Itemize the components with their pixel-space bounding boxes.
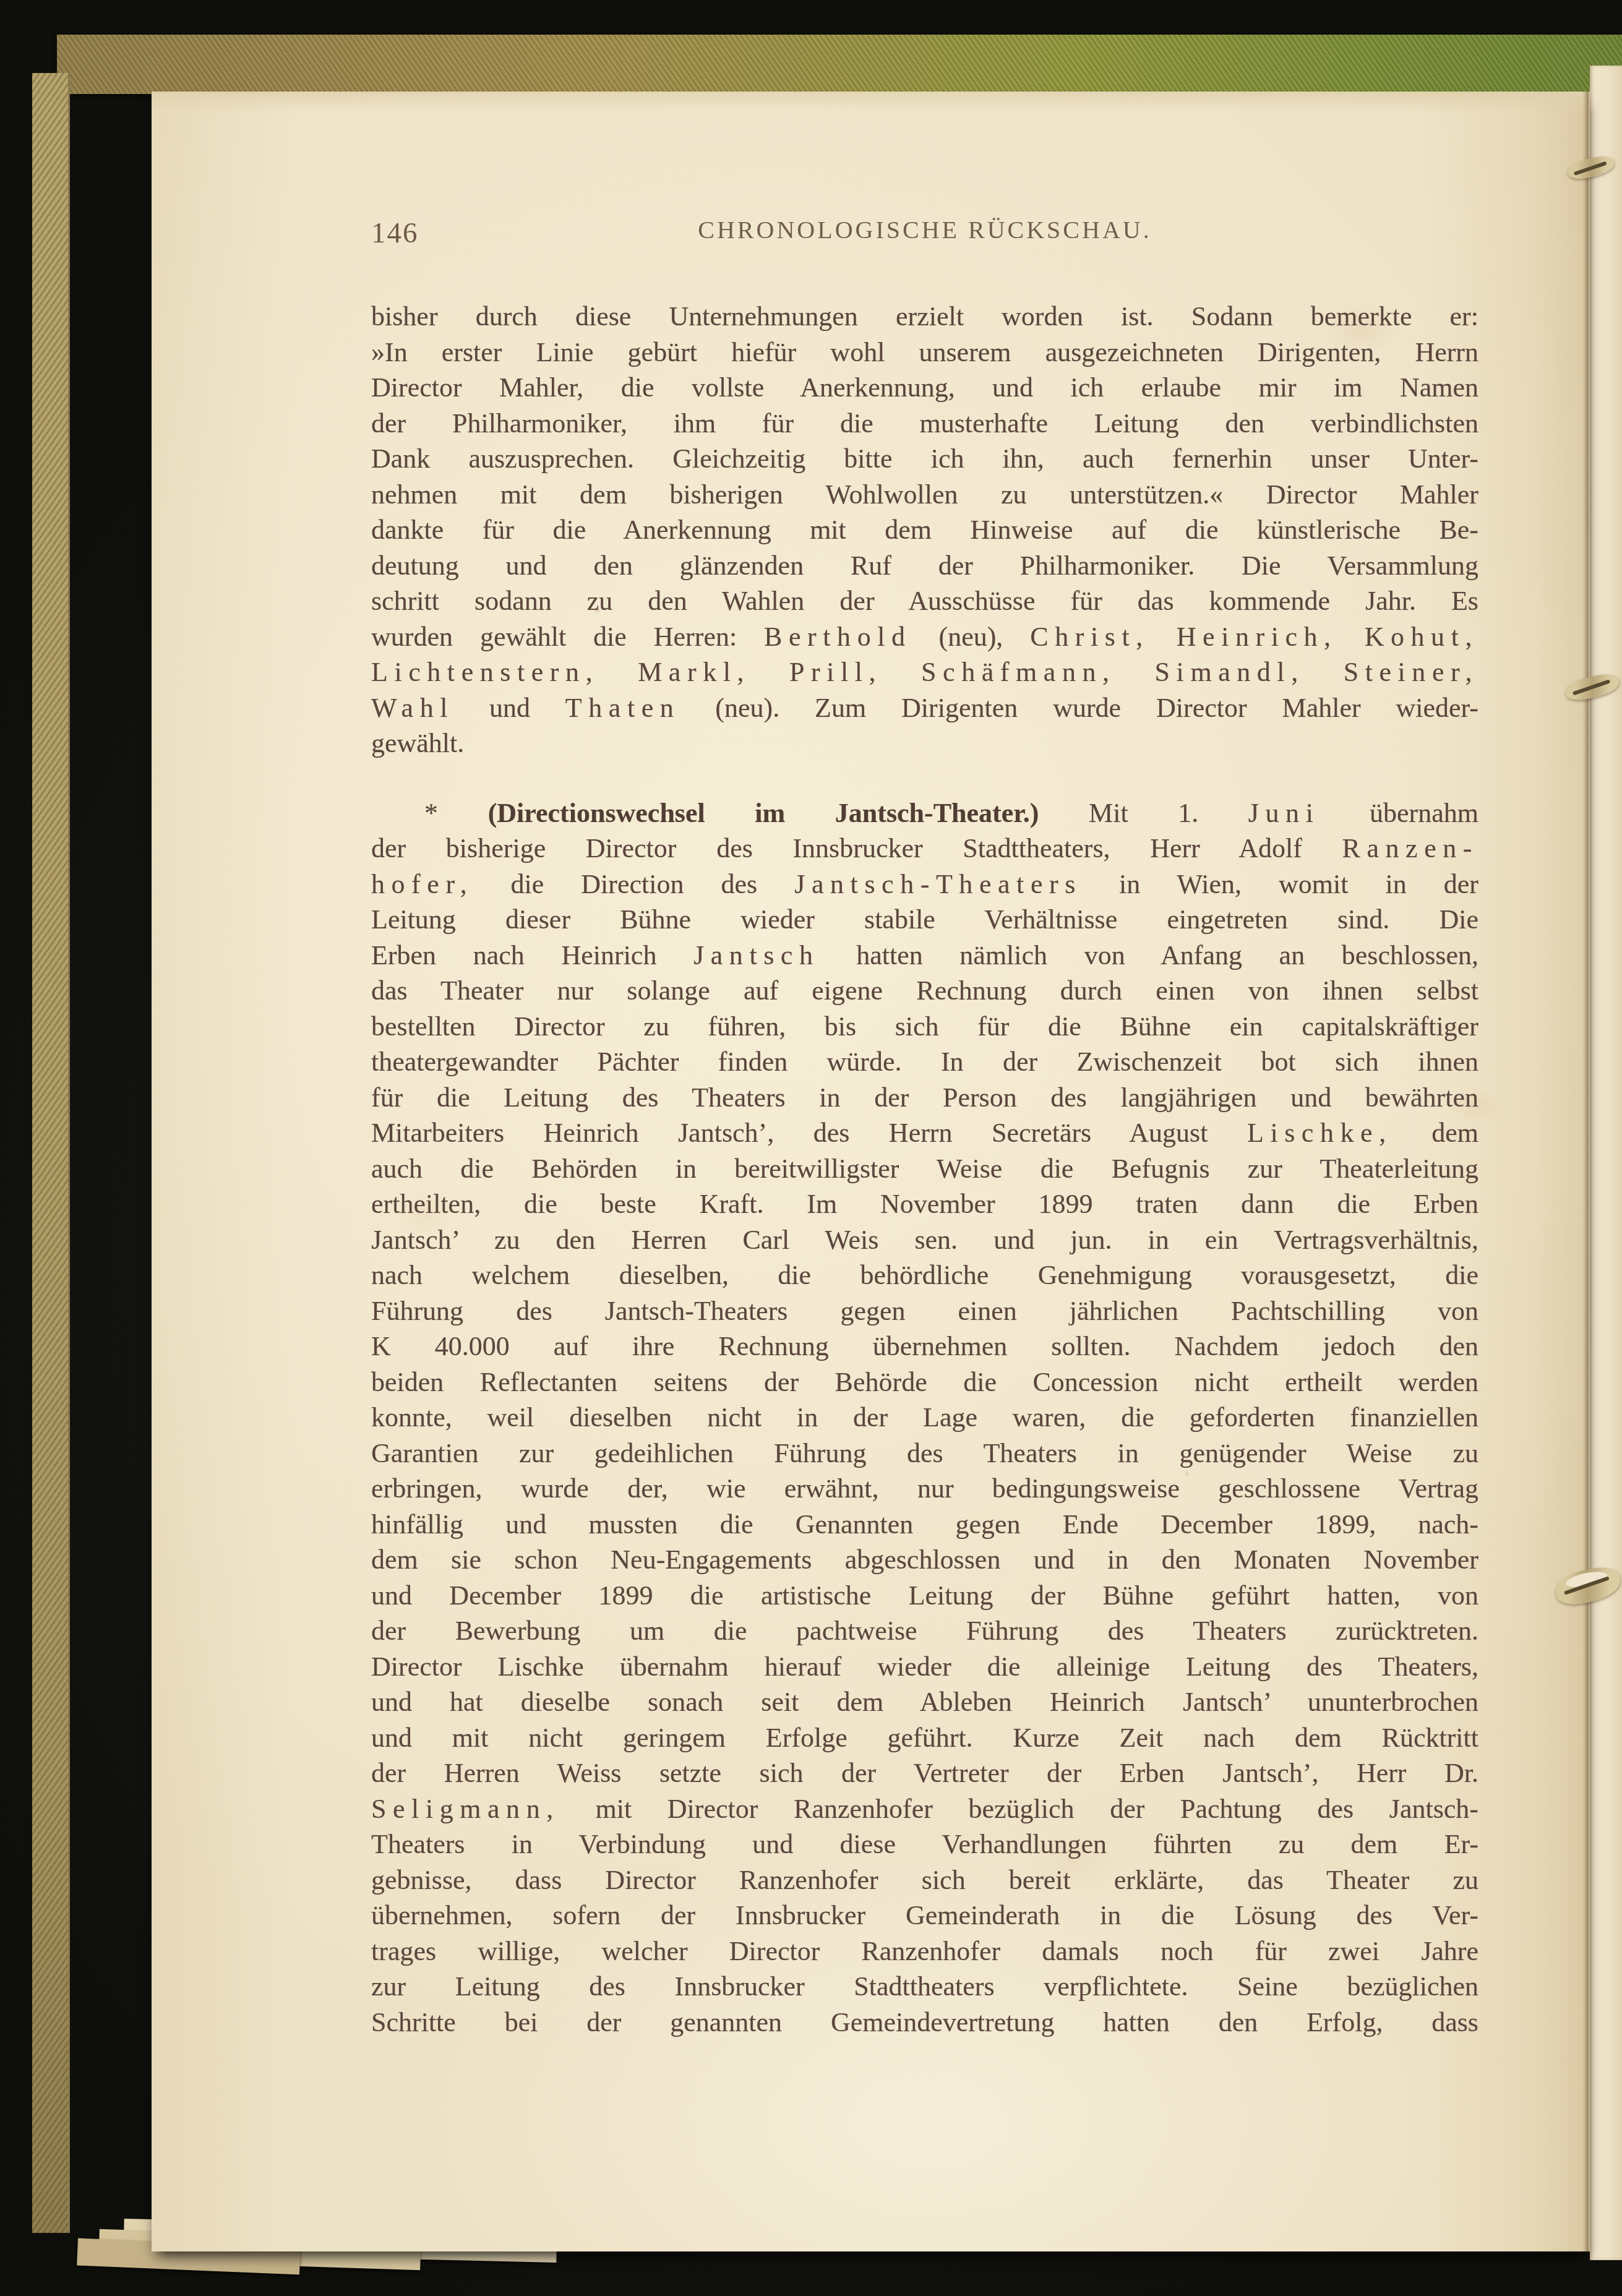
body-line: Theaters in Verbindung und diese Verhand… [371,1827,1478,1862]
paragraph: * (Directionswechsel im Jantsch-Theater.… [371,795,1478,2041]
body-line: bestellten Director zu führen, bis sich … [371,1009,1478,1045]
body-line: ertheilten, die beste Kraft. Im November… [371,1186,1478,1222]
body-line: auch die Behörden in bereitwilligster We… [371,1151,1478,1187]
body-line: gebnisse, dass Director Ranzenhofer sich… [371,1862,1478,1898]
body-line: dem sie schon Neu-Engagements abgeschlos… [371,1542,1478,1578]
body-line: »In erster Linie gebürt hiefür wohl unse… [371,335,1478,371]
body-line: Erben nach Heinrich Jantsch hatten nämli… [371,938,1478,974]
body-line: Jantsch’ zu den Herren Carl Weis sen. un… [371,1222,1478,1258]
body-line: schritt sodann zu den Wahlen der Ausschü… [371,583,1478,619]
body-line: konnte, weil dieselben nicht in der Lage… [371,1400,1478,1436]
body-line: übernehmen, sofern der Innsbrucker Gemei… [371,1898,1478,1934]
body-line: Director Mahler, die vollste Anerkennung… [371,370,1478,406]
body-line: theatergewandter Pächter finden würde. I… [371,1044,1478,1080]
body-line: für die Leitung des Theaters in der Pers… [371,1080,1478,1116]
book-photo: 146 CHRONOLOGISCHE RÜCKSCHAU. bisher dur… [0,0,1622,2296]
body-line: Dank auszusprechen. Gleichzeitig bitte i… [371,441,1478,477]
book-cover-top-edge [57,35,1622,94]
body-line: Director Lischke übernahm hierauf wieder… [371,1649,1478,1685]
page-header: 146 CHRONOLOGISCHE RÜCKSCHAU. [371,215,1478,252]
body-line: Garantien zur gedeihlichen Führung des T… [371,1436,1478,1471]
page-number: 146 [371,216,419,250]
body-line: beiden Reflectanten seitens der Behörde … [371,1364,1478,1400]
body-line: Leitung dieser Bühne wieder stabile Verh… [371,902,1478,938]
page-body: bisher durch diese Unternehmungen erziel… [371,299,1478,2040]
body-line: und hat dieselbe sonach seit dem Ableben… [371,1684,1478,1720]
body-line: der Philharmoniker, ihm für die musterha… [371,406,1478,442]
body-line: trages willige, welcher Director Ranzenh… [371,1934,1478,1969]
body-line: der Herren Weiss setzte sich der Vertret… [371,1755,1478,1791]
running-title: CHRONOLOGISCHE RÜCKSCHAU. [371,215,1478,244]
body-line: Lichtenstern, Markl, Prill, Schäfmann, S… [371,654,1478,690]
body-line: hofer, die Direction des Jantsch-Theater… [371,867,1478,902]
body-line: Seligmann, mit Director Ranzenhofer bezü… [371,1791,1478,1827]
adjacent-page-edge [1590,66,1622,2260]
body-line: nehmen mit dem bisherigen Wohlwollen zu … [371,477,1478,513]
body-line: und December 1899 die artistische Leitun… [371,1578,1478,1614]
body-line: K 40.000 auf ihre Rechnung übernehmen so… [371,1329,1478,1364]
body-line: zur Leitung des Innsbrucker Stadttheater… [371,1969,1478,2005]
body-line: hinfällig und mussten die Genannten gege… [371,1507,1478,1543]
body-line: * (Directionswechsel im Jantsch-Theater.… [371,795,1478,831]
body-line: erbringen, wurde der, wie erwähnt, nur b… [371,1471,1478,1507]
page-edges-stack [67,82,153,2217]
body-line: das Theater nur solange auf eigene Rechn… [371,973,1478,1009]
body-line: Mitarbeiters Heinrich Jantsch’, des Herr… [371,1115,1478,1151]
body-line: der Bewerbung um die pachtweise Führung … [371,1613,1478,1649]
body-line: nach welchem dieselben, die behördliche … [371,1257,1478,1293]
body-line: bisher durch diese Unternehmungen erziel… [371,299,1478,335]
body-line: der bisherige Director des Innsbrucker S… [371,831,1478,867]
body-line: Führung des Jantsch-Theaters gegen einen… [371,1293,1478,1329]
paragraph: bisher durch diese Unternehmungen erziel… [371,299,1478,761]
body-line: dankte für die Anerkennung mit dem Hinwe… [371,512,1478,548]
book-page: 146 CHRONOLOGISCHE RÜCKSCHAU. bisher dur… [152,92,1590,2251]
body-line: deutung und den glänzenden Ruf der Philh… [371,548,1478,584]
body-line: wurden gewählt die Herren: Berthold (neu… [371,619,1478,655]
body-line: Schritte bei der genannten Gemeindevertr… [371,2005,1478,2041]
body-line: und mit nicht geringem Erfolge geführt. … [371,1720,1478,1756]
body-line: gewählt. [371,726,1478,761]
body-line: Wahl und Thaten (neu). Zum Dirigenten wu… [371,690,1478,726]
book-cover-left-edge [32,73,70,2233]
